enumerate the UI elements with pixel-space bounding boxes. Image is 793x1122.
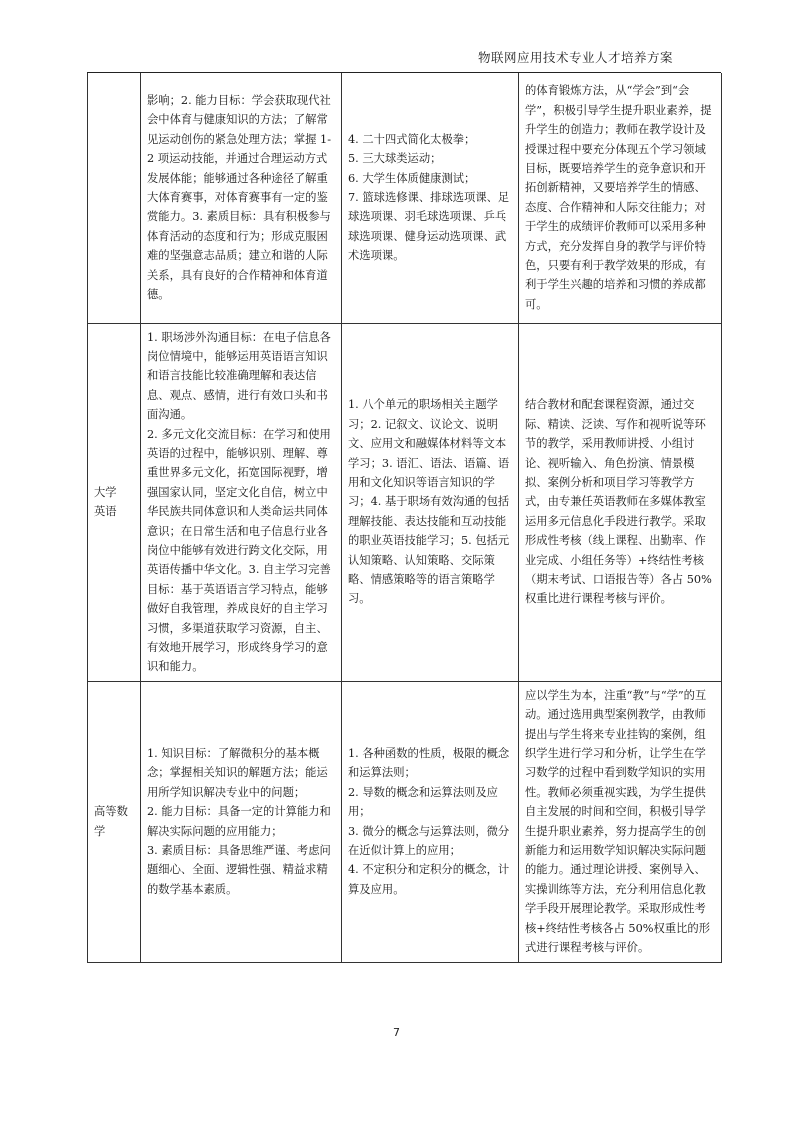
objectives-cell: 1. 知识目标：了解微积分的基本概念；掌握相关知识的解题方法；能运用所学知识解决… xyxy=(141,681,342,962)
content-cell: 1. 八个单元的职场相关主题学习；2. 记叙文、议论文、说明文、应用文和融媒体材… xyxy=(342,323,519,681)
teaching-cell: 应以学生为本，注重“教”与“学”的互动。通过选用典型案例教学，由教师提出与学生将… xyxy=(519,681,722,962)
teaching-cell: 结合教材和配套课程资源，通过交际、精读、泛读、写作和视听说等环节的教学，采用教师… xyxy=(519,323,722,681)
objectives-cell: 1. 职场涉外沟通目标：在电子信息各岗位情境中，能够运用英语语言知识和语言技能比… xyxy=(141,323,342,681)
course-name: 大学 英语 xyxy=(94,483,134,522)
teaching-text: 的体育锻炼方法，从“学会”到“会学”，积极引导学生提升职业素养，提升学生的创造力… xyxy=(525,81,715,314)
content-cell: 1. 各种函数的性质，极限的概念和运算法则； 2. 导数的概念和运算法则及应用；… xyxy=(342,681,519,962)
course-name-cell: 大学 英语 xyxy=(88,323,141,681)
course-name: 高等数学 xyxy=(94,802,134,841)
course-name-cell: 高等数学 xyxy=(88,681,141,962)
objectives-text: 影响；2. 能力目标：学会获取现代社会中体育与健康知识的方法；了解常见运动创伤的… xyxy=(147,91,335,304)
page-header-title: 物联网应用技术专业人才培养方案 xyxy=(478,48,673,66)
course-name-cell xyxy=(88,73,141,323)
content-cell: 4. 二十四式简化太极拳； 5. 三大球类运动； 6. 大学生体质健康测试； 7… xyxy=(342,73,519,323)
course-table: 影响；2. 能力目标：学会获取现代社会中体育与健康知识的方法；了解常见运动创伤的… xyxy=(87,73,722,963)
objectives-text: 1. 知识目标：了解微积分的基本概念；掌握相关知识的解题方法；能运用所学知识解决… xyxy=(147,744,335,899)
table-row-pe: 影响；2. 能力目标：学会获取现代社会中体育与健康知识的方法；了解常见运动创伤的… xyxy=(88,73,722,323)
table-row-college-english: 大学 英语 1. 职场涉外沟通目标：在电子信息各岗位情境中，能够运用英语语言知识… xyxy=(88,323,722,681)
table-row-advanced-math: 高等数学 1. 知识目标：了解微积分的基本概念；掌握相关知识的解题方法；能运用所… xyxy=(88,681,722,962)
page-number: 7 xyxy=(0,1026,793,1039)
objectives-text: 1. 职场涉外沟通目标：在电子信息各岗位情境中，能够运用英语语言知识和语言技能比… xyxy=(147,328,335,677)
content-text: 4. 二十四式简化太极拳； 5. 三大球类运动； 6. 大学生体质健康测试； 7… xyxy=(348,130,512,266)
content-text: 1. 各种函数的性质，极限的概念和运算法则； 2. 导数的概念和运算法则及应用；… xyxy=(348,744,512,899)
teaching-text: 应以学生为本，注重“教”与“学”的互动。通过选用典型案例教学，由教师提出与学生将… xyxy=(525,686,715,958)
teaching-text: 结合教材和配套课程资源，通过交际、精读、泛读、写作和视听说等环节的教学，采用教师… xyxy=(525,395,715,608)
teaching-cell: 的体育锻炼方法，从“学会”到“会学”，积极引导学生提升职业素养，提升学生的创造力… xyxy=(519,73,722,323)
content-text: 1. 八个单元的职场相关主题学习；2. 记叙文、议论文、说明文、应用文和融媒体材… xyxy=(348,395,512,608)
objectives-cell: 影响；2. 能力目标：学会获取现代社会中体育与健康知识的方法；了解常见运动创伤的… xyxy=(141,73,342,323)
